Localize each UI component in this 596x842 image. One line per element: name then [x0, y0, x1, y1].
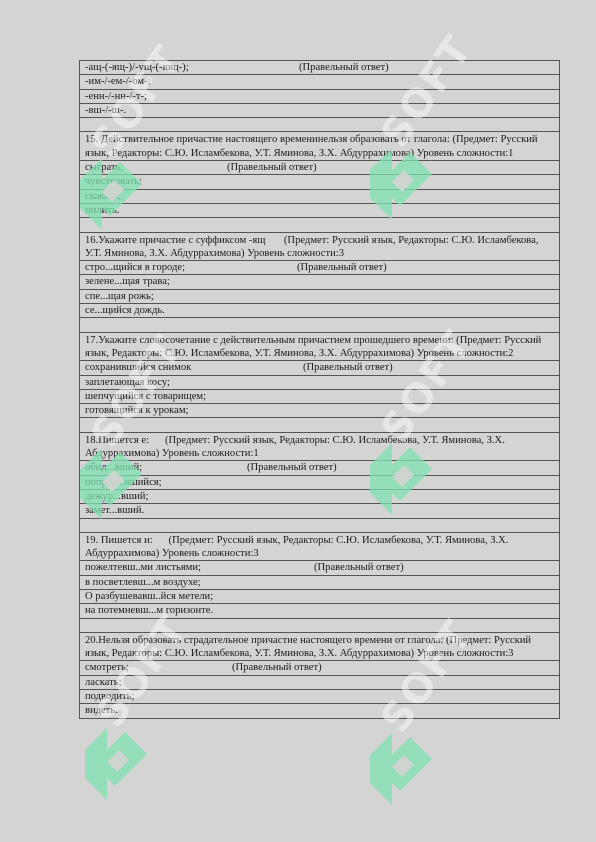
option-text: сохранившийся снимок	[85, 362, 191, 373]
option-text: пожелтевш..ми листьями;	[85, 562, 201, 573]
question-17: 17.Укажите словосочетание с действительн…	[80, 333, 559, 362]
option-row: О разбушевавш..йся метели;	[80, 590, 559, 604]
correct-answer-label: (Правельный ответ)	[227, 161, 317, 174]
correct-answer-label: (Правельный ответ)	[247, 461, 337, 474]
option-text: готовящийся к урокам;	[85, 405, 189, 416]
correct-answer-label: (Правельный ответ)	[299, 61, 389, 74]
option-row: -енн-/-нн-/-т-;	[80, 90, 559, 104]
option-text: дежур...вший;	[85, 491, 148, 502]
correct-answer-label: (Правельный ответ)	[314, 561, 404, 574]
option-text: замет...вший.	[85, 505, 144, 516]
option-row: чувствовать;	[80, 175, 559, 189]
option-text: чувствовать;	[85, 176, 142, 187]
option-text: шепчущийся с товарищем;	[85, 391, 206, 402]
option-row: шепчущийся с товарищем;	[80, 390, 559, 404]
option-text: обид...вший;	[85, 462, 142, 473]
option-row: замет...вший.	[80, 504, 559, 518]
option-text: ласкать;	[85, 677, 122, 688]
question-text: 20.Нельзя образовать страдательное прича…	[85, 635, 531, 659]
test-questions-table: -ащ-(-ящ-)/-ущ-(-ющ-); (Правельный ответ…	[79, 60, 560, 719]
option-text: подводить;	[85, 691, 134, 702]
watermark-logo-icon	[85, 720, 147, 808]
spacer-row	[80, 519, 559, 533]
question-16: 16.Укажите причастие с суффиксом -ящ (Пр…	[80, 233, 559, 262]
question-text: 18.Пишется е: (Предмет: Русский язык, Ре…	[85, 435, 508, 459]
correct-answer-label: (Правельный ответ)	[303, 361, 393, 374]
correct-answer-label: (Правельный ответ)	[232, 661, 322, 674]
option-row: -ащ-(-ящ-)/-ущ-(-ющ-); (Правельный ответ…	[80, 61, 559, 75]
spacer-row	[80, 418, 559, 432]
question-text: 16.Укажите причастие с суффиксом -ящ (Пр…	[85, 235, 541, 259]
option-text: -вш-/-ш-.	[85, 105, 126, 116]
watermark-logo-icon	[370, 725, 432, 813]
option-row: зелене...щая трава;	[80, 275, 559, 289]
option-text: скакать;	[85, 191, 121, 202]
option-row: готовящийся к урокам;	[80, 404, 559, 418]
question-text: 17.Укажите словосочетание с действительн…	[85, 335, 541, 359]
option-text: -им-/-ем-/-ом-;	[85, 76, 151, 87]
option-row: скакать;	[80, 190, 559, 204]
option-row: дежур...вший;	[80, 490, 559, 504]
option-row: пилить.	[80, 204, 559, 218]
option-text: -енн-/-нн-/-т-;	[85, 91, 147, 102]
option-row: поправ...вшийся;	[80, 476, 559, 490]
option-text: в посветлевш...м воздухе;	[85, 577, 201, 588]
option-row: -вш-/-ш-.	[80, 104, 559, 118]
option-text: заплетающая косу;	[85, 377, 170, 388]
spacer-row	[80, 118, 559, 132]
option-row: сохранившийся снимок (Правельный ответ)	[80, 361, 559, 375]
question-19: 19. Пишется и: (Предмет: Русский язык, Р…	[80, 533, 559, 562]
option-row: обид...вший; (Правельный ответ)	[80, 461, 559, 475]
option-text: зелене...щая трава;	[85, 276, 170, 287]
option-row: заплетающая косу;	[80, 376, 559, 390]
option-text: спе...щая рожь;	[85, 291, 154, 302]
spacer-row	[80, 218, 559, 232]
option-row: -им-/-ем-/-ом-;	[80, 75, 559, 89]
question-text: 15. Действительное причастие настоящего …	[85, 134, 538, 158]
option-row: пожелтевш..ми листьями; (Правельный отве…	[80, 561, 559, 575]
option-row: сыграть; (Правельный ответ)	[80, 161, 559, 175]
option-row: ласкать;	[80, 676, 559, 690]
option-row: подводить;	[80, 690, 559, 704]
question-text: 19. Пишется и: (Предмет: Русский язык, Р…	[85, 535, 511, 559]
option-text: на потемневш...м горизонте.	[85, 605, 213, 616]
question-18: 18.Пишется е: (Предмет: Русский язык, Ре…	[80, 433, 559, 462]
option-text: -ащ-(-ящ-)/-ущ-(-ющ-);	[85, 62, 189, 73]
option-text: видеть.	[85, 705, 118, 716]
option-row: на потемневш...м горизонте.	[80, 604, 559, 618]
option-text: О разбушевавш..йся метели;	[85, 591, 213, 602]
correct-answer-label: (Правельный ответ)	[297, 261, 387, 274]
option-text: стро...щийся в городе;	[85, 262, 185, 273]
option-row: видеть.	[80, 704, 559, 718]
spacer-row	[80, 318, 559, 332]
option-text: пилить.	[85, 205, 119, 216]
option-text: се...щийся дождь.	[85, 305, 165, 316]
option-row: смотреть; (Правельный ответ)	[80, 661, 559, 675]
option-row: стро...щийся в городе; (Правельный ответ…	[80, 261, 559, 275]
option-text: сыграть;	[85, 162, 123, 173]
option-text: поправ...вшийся;	[85, 477, 162, 488]
spacer-row	[80, 619, 559, 633]
question-20: 20.Нельзя образовать страдательное прича…	[80, 633, 559, 662]
option-text: смотреть;	[85, 662, 129, 673]
question-15: 15. Действительное причастие настоящего …	[80, 132, 559, 161]
option-row: спе...щая рожь;	[80, 290, 559, 304]
option-row: се...щийся дождь.	[80, 304, 559, 318]
option-row: в посветлевш...м воздухе;	[80, 576, 559, 590]
